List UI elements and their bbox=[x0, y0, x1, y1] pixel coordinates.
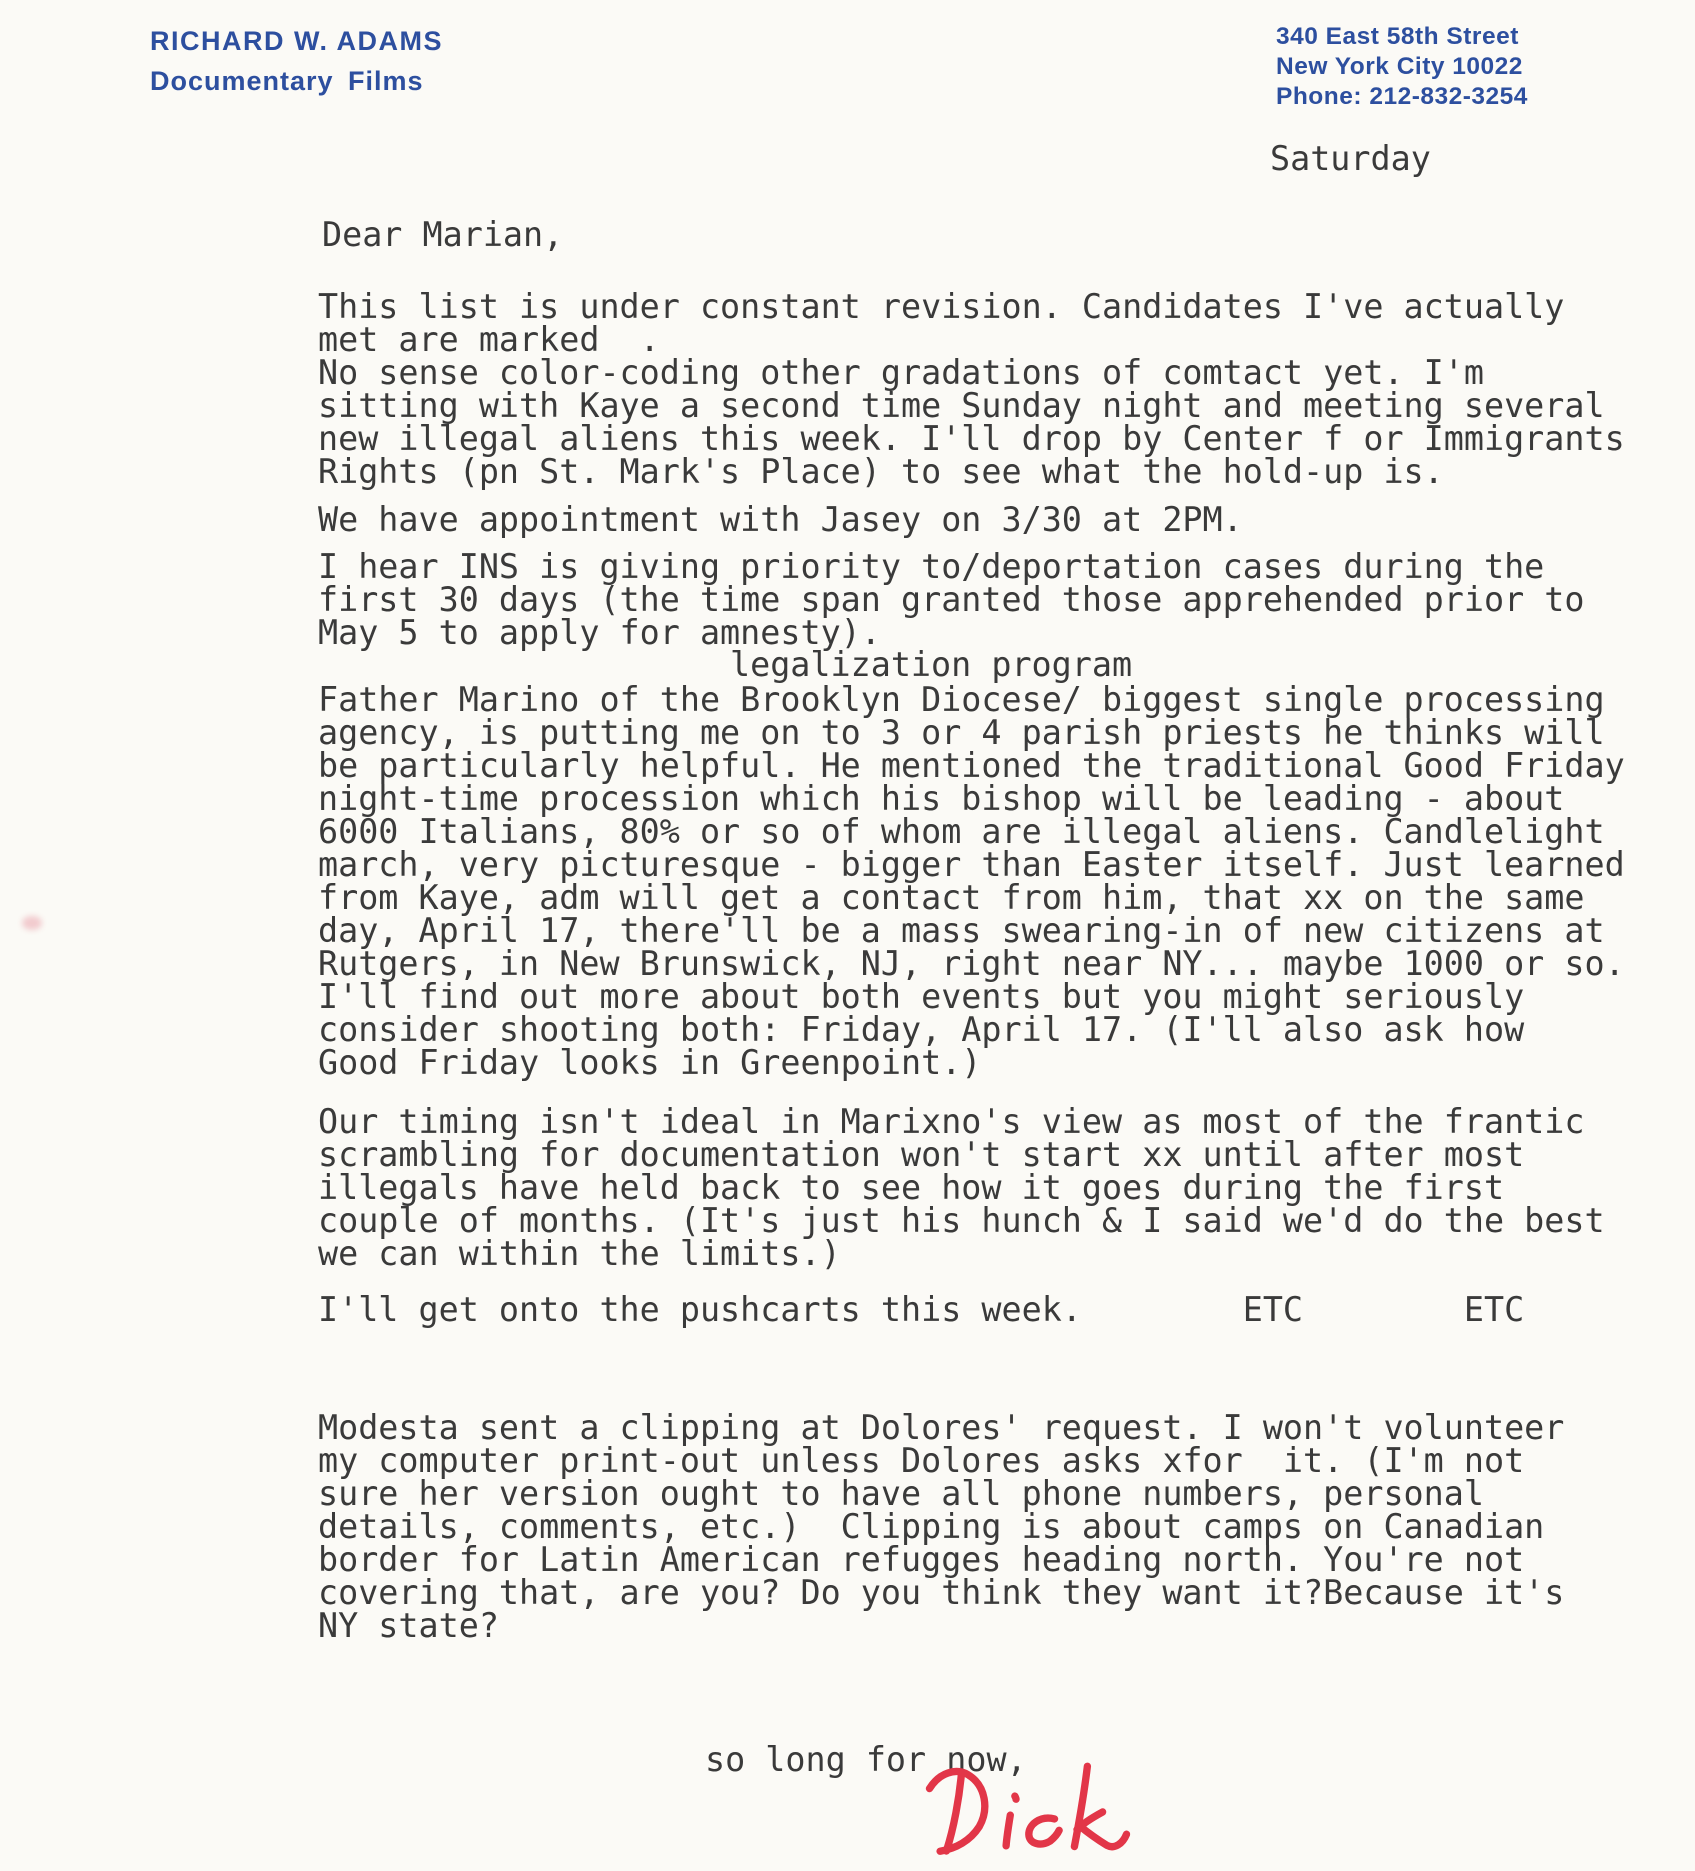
text-line: Rights (pn St. Mark's Place) to see what… bbox=[318, 455, 1625, 488]
signature-dick bbox=[920, 1756, 1134, 1868]
letterhead-address: 340 East 58th StreetNew York City 10022P… bbox=[1276, 22, 1528, 112]
date-line: Saturday bbox=[1270, 142, 1431, 175]
text-line: my computer print-out unless Dolores ask… bbox=[318, 1444, 1564, 1477]
text-line: be particularly helpful. He mentioned th… bbox=[318, 749, 1625, 782]
text-line: sitting with Kaye a second time Sunday n… bbox=[318, 389, 1625, 422]
text-line: agency, is putting me on to 3 or 4 paris… bbox=[318, 716, 1625, 749]
text-line: scrambling for documentation won't start… bbox=[318, 1138, 1605, 1171]
letterhead-tagline: Documentary Films bbox=[150, 66, 424, 97]
paragraph-candidate-list: This list is under constant revision. Ca… bbox=[318, 290, 1625, 488]
text-line: I hear INS is giving priority to/deporta… bbox=[318, 550, 1584, 583]
text-line: met are marked . bbox=[318, 323, 1625, 356]
text-line: details, comments, etc.) Clipping is abo… bbox=[318, 1510, 1564, 1543]
text-line: Father Marino of the Brooklyn Diocese/ b… bbox=[318, 683, 1625, 716]
text-line: couple of months. (It's just his hunch &… bbox=[318, 1204, 1605, 1237]
text-line: first 30 days (the time span granted tho… bbox=[318, 583, 1584, 616]
text-line: new illegal aliens this week. I'll drop … bbox=[318, 422, 1625, 455]
paragraph-pushcarts: I'll get onto the pushcarts this week. E… bbox=[318, 1293, 1524, 1326]
text-line: night-time procession which his bishop w… bbox=[318, 782, 1625, 815]
text-line: Phone: 212-832-3254 bbox=[1276, 82, 1528, 112]
paragraph-timing: Our timing isn't ideal in Marixno's view… bbox=[318, 1105, 1605, 1270]
text-line: sure her version ought to have all phone… bbox=[318, 1477, 1564, 1510]
text-line: New York City 10022 bbox=[1276, 52, 1528, 82]
text-line: No sense color-coding other gradations o… bbox=[318, 356, 1625, 389]
text-line: border for Latin American refugges headi… bbox=[318, 1543, 1564, 1576]
letter-page: RICHARD W. ADAMS Documentary Films 340 E… bbox=[0, 0, 1695, 1871]
text-line: consider shooting both: Friday, April 17… bbox=[318, 1013, 1625, 1046]
text-line: from Kaye, adm will get a contact from h… bbox=[318, 881, 1625, 914]
text-line: We have appointment with Jasey on 3/30 a… bbox=[318, 503, 1243, 536]
text-line: 6000 Italians, 80% or so of whom are ill… bbox=[318, 815, 1625, 848]
paragraph-jasey-appointment: We have appointment with Jasey on 3/30 a… bbox=[318, 503, 1243, 536]
paragraph-modesta-clipping: Modesta sent a clipping at Dolores' requ… bbox=[318, 1411, 1564, 1642]
salutation: Dear Marian, bbox=[322, 218, 563, 251]
letterhead-name: RICHARD W. ADAMS bbox=[150, 26, 443, 57]
text-line: march, very picturesque - bigger than Ea… bbox=[318, 848, 1625, 881]
text-line: we can within the limits.) bbox=[318, 1237, 1605, 1270]
text-line: NY state? bbox=[318, 1609, 1564, 1642]
text-line: day, April 17, there'll be a mass sweari… bbox=[318, 914, 1625, 947]
text-line: Good Friday looks in Greenpoint.) bbox=[318, 1046, 1625, 1079]
text-line: Our timing isn't ideal in Marixno's view… bbox=[318, 1105, 1605, 1138]
text-line: Modesta sent a clipping at Dolores' requ… bbox=[318, 1411, 1564, 1444]
text-line: This list is under constant revision. Ca… bbox=[318, 290, 1625, 323]
pink-smudge bbox=[22, 916, 42, 930]
signature-ink-icon bbox=[920, 1756, 1134, 1868]
paragraph-father-marino: Father Marino of the Brooklyn Diocese/ b… bbox=[318, 683, 1625, 1079]
insertion-note: legalization program bbox=[730, 648, 1132, 681]
text-line: covering that, are you? Do you think the… bbox=[318, 1576, 1564, 1609]
text-line: I'll get onto the pushcarts this week. E… bbox=[318, 1293, 1524, 1326]
text-line: 340 East 58th Street bbox=[1276, 22, 1528, 52]
paragraph-ins-priority: I hear INS is giving priority to/deporta… bbox=[318, 550, 1584, 649]
text-line: illegals have held back to see how it go… bbox=[318, 1171, 1605, 1204]
text-line: I'll find out more about both events but… bbox=[318, 980, 1625, 1013]
text-line: Rutgers, in New Brunswick, NJ, right nea… bbox=[318, 947, 1625, 980]
